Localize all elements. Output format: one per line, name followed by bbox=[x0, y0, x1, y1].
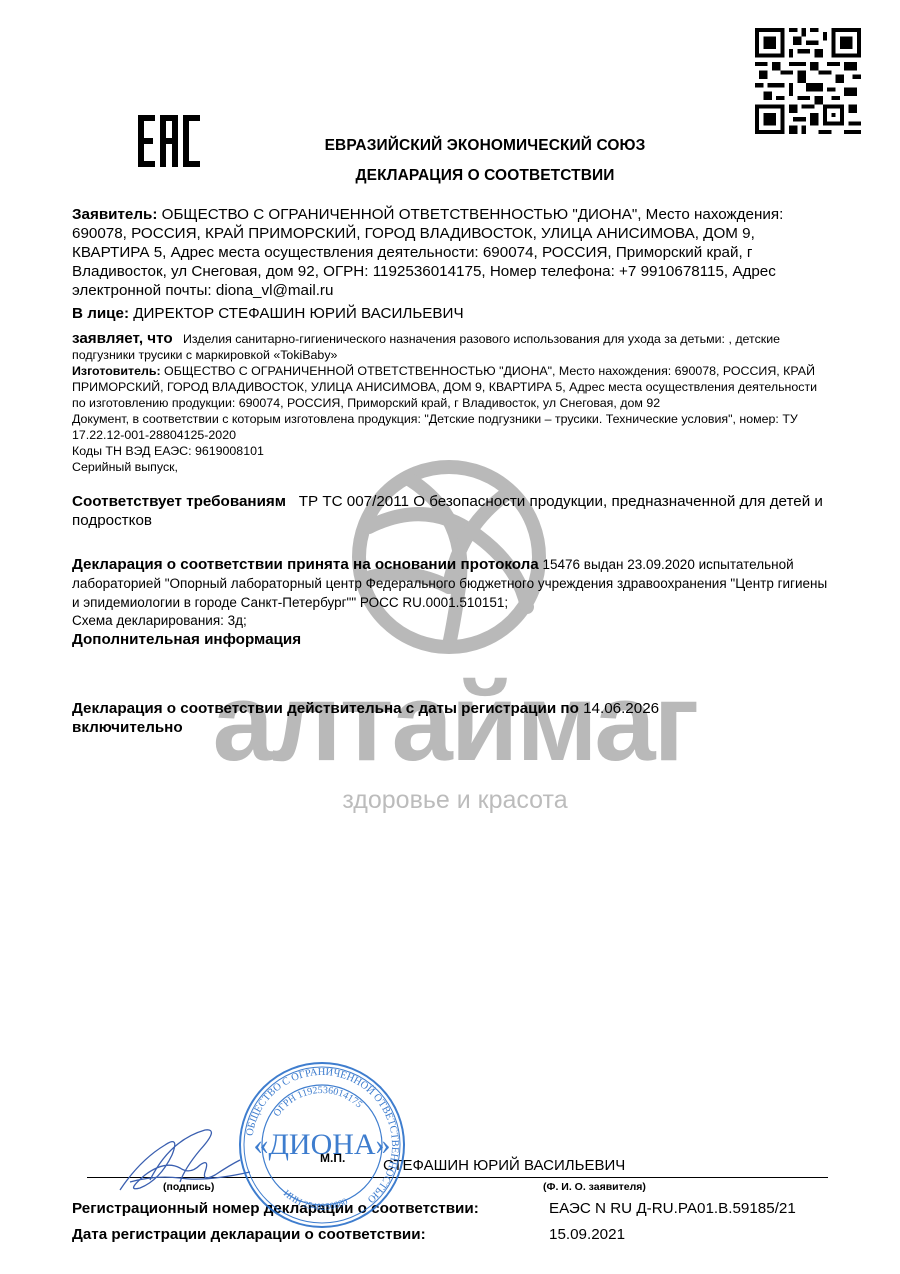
fio-caption: (Ф. И. О. заявителя) bbox=[543, 1181, 646, 1193]
validity-block: Декларация о соответствии действительна … bbox=[72, 699, 772, 737]
validity-date: 14.06.2026 bbox=[579, 700, 659, 717]
basis-label: Декларация о соответствии принята на осн… bbox=[72, 556, 539, 573]
svg-text:ИНН 2540250880: ИНН 2540250880 bbox=[281, 1189, 350, 1213]
org-title: ЕВРАЗИЙСКИЙ ЭКОНОМИЧЕСКИЙ СОЮЗ bbox=[0, 137, 900, 155]
representative-line: В лице: ДИРЕКТОР СТЕФАШИН ЮРИЙ ВАСИЛЬЕВИ… bbox=[72, 304, 852, 323]
manufacturer-text: ОБЩЕСТВО С ОГРАНИЧЕННОЙ ОТВЕТСТВЕННОСТЬЮ… bbox=[72, 364, 817, 410]
signer-name: СТЕФАШИН ЮРИЙ ВАСИЛЬЕВИЧ bbox=[383, 1157, 625, 1174]
manufacturer-label: Изготовитель: bbox=[72, 364, 161, 378]
tn-ved-codes: Коды ТН ВЭД ЕАЭС: 9619008101 bbox=[72, 443, 832, 459]
validity-suffix: включительно bbox=[72, 719, 183, 736]
watermark-slogan: здоровье и красота bbox=[195, 785, 715, 815]
representative-label: В лице: bbox=[72, 305, 129, 322]
stamp-ogrn: ОГРН 1192536014175 bbox=[272, 1085, 365, 1119]
declaration-block: заявляет, что Изделия санитарно-гигиенич… bbox=[72, 331, 832, 475]
stamp-inn: ИНН 2540250880 bbox=[281, 1189, 350, 1213]
applicant-block: Заявитель: ОБЩЕСТВО С ОГРАНИЧЕННОЙ ОТВЕТ… bbox=[72, 205, 832, 300]
declares-label: заявляет, что bbox=[72, 330, 173, 347]
company-stamp-icon: ОБЩЕСТВО С ОГРАНИЧЕННОЙ ОТВЕТСТВЕННОСТЬЮ… bbox=[237, 1060, 407, 1230]
release-type: Серийный выпуск, bbox=[72, 459, 832, 475]
conformity-label: Соответствует требованиям bbox=[72, 493, 286, 510]
declaration-scheme: Схема декларирования: 3д; bbox=[72, 612, 832, 629]
registration-date-value: 15.09.2021 bbox=[549, 1226, 625, 1243]
applicant-text: ОБЩЕСТВО С ОГРАНИЧЕННОЙ ОТВЕТСТВЕННОСТЬЮ… bbox=[72, 206, 783, 299]
production-document: Документ, в соответствии с которым изгот… bbox=[72, 411, 832, 443]
product-description: Изделия санитарно-гигиенического назначе… bbox=[72, 332, 780, 362]
document-title: ДЕКЛАРАЦИЯ О СООТВЕТСТВИИ bbox=[0, 167, 900, 185]
stamp-name: «ДИОНА» bbox=[253, 1128, 390, 1161]
registration-number-value: ЕАЭС N RU Д-RU.PA01.B.59185/21 bbox=[549, 1200, 796, 1217]
svg-text:ОГРН 1192536014175: ОГРН 1192536014175 bbox=[272, 1085, 365, 1119]
applicant-label: Заявитель: bbox=[72, 206, 157, 223]
validity-label: Декларация о соответствии действительна … bbox=[72, 700, 579, 717]
additional-info-heading: Дополнительная информация bbox=[72, 630, 852, 649]
conformity-block: Соответствует требованиям ТР ТС 007/2011… bbox=[72, 492, 852, 530]
basis-block: Декларация о соответствии принята на осн… bbox=[72, 555, 832, 629]
name-line bbox=[387, 1177, 828, 1178]
qr-code-icon[interactable] bbox=[755, 28, 861, 134]
representative-text: ДИРЕКТОР СТЕФАШИН ЮРИЙ ВАСИЛЬЕВИЧ bbox=[129, 305, 464, 322]
